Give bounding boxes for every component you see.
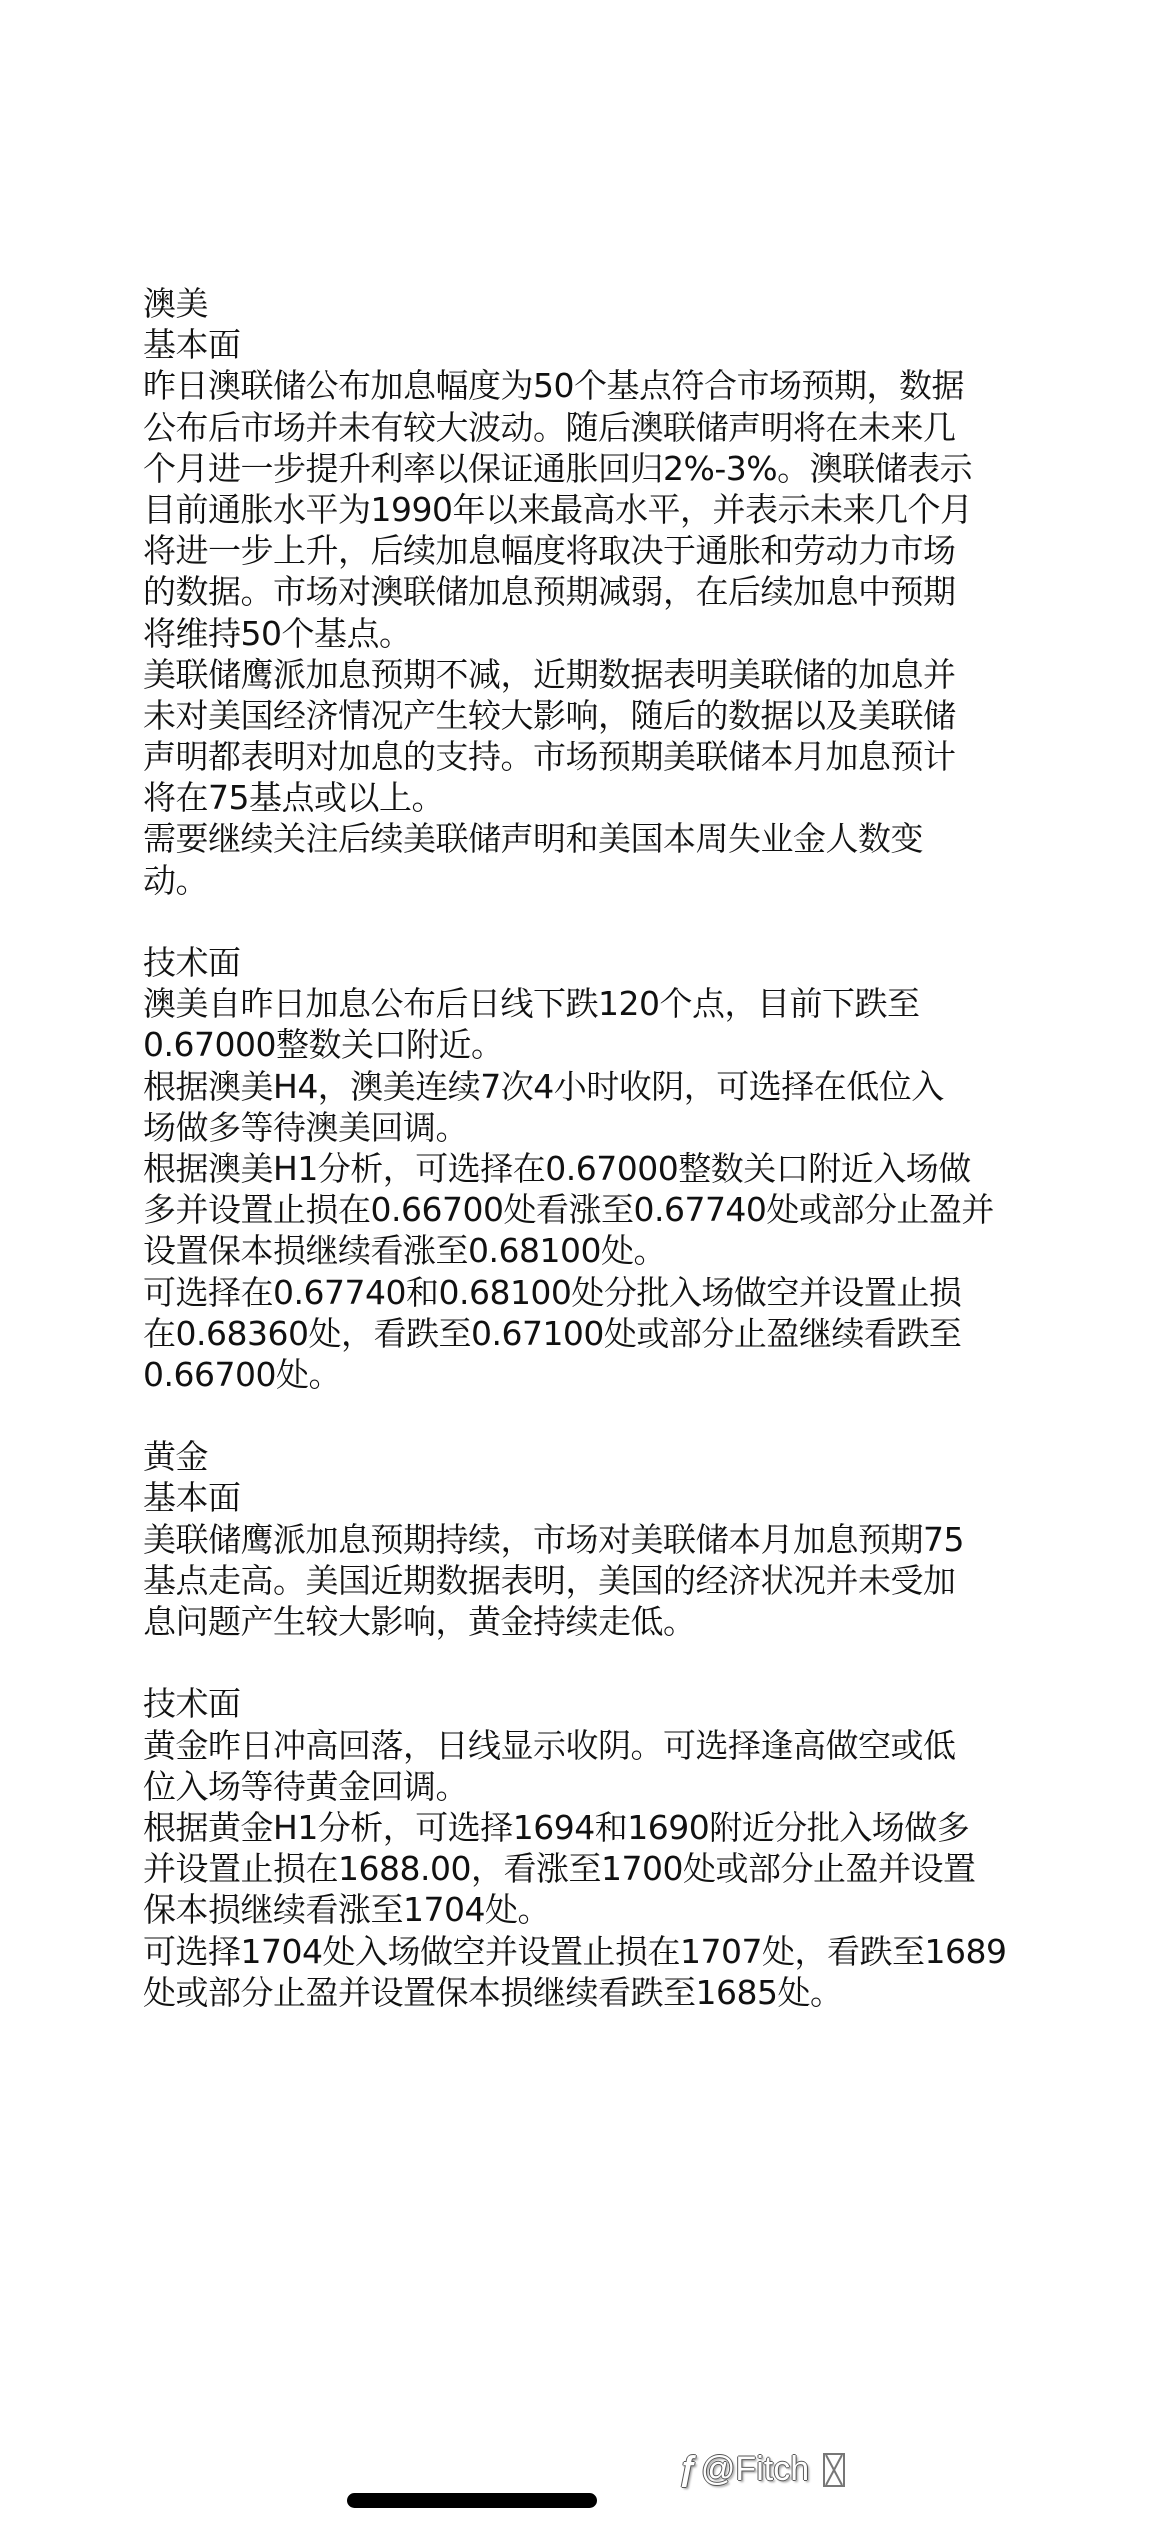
section-title: 黄金 [143, 1436, 1043, 1477]
home-indicator[interactable] [347, 2493, 597, 2508]
text-line: 根据澳美H4，澳美连续7次4小时收阴，可选择在低位入 [143, 1066, 1043, 1107]
subsection-heading-fundamental: 基本面 [143, 324, 1043, 365]
text-line: 目前通胀水平为1990年以来最高水平，并表示未来几个月 [143, 489, 1043, 530]
text-line: 公布后市场并未有较大波动。随后澳联储声明将在未来几 [143, 407, 1043, 448]
text-line: 保本损继续看涨至1704处。 [143, 1889, 1043, 1930]
text-line: 将维持50个基点。 [143, 613, 1043, 654]
section-title: 澳美 [143, 283, 1043, 324]
text-line: 息问题产生较大影响，黄金持续走低。 [143, 1601, 1043, 1642]
document-body: 澳美 基本面 昨日澳联储公布加息幅度为50个基点符合市场预期，数据 公布后市场并… [143, 283, 1043, 2013]
text-line: 可选择在0.67740和0.68100处分批入场做空并设置止损 [143, 1272, 1043, 1313]
text-line: 未对美国经济情况产生较大影响，随后的数据以及美联储 [143, 695, 1043, 736]
text-line: 根据澳美H1分析，可选择在0.67000整数关口附近入场做 [143, 1148, 1043, 1189]
text-line: 美联储鹰派加息预期持续，市场对美联储本月加息预期75 [143, 1519, 1043, 1560]
text-line: 动。 [143, 860, 1043, 901]
text-line: 将在75基点或以上。 [143, 777, 1043, 818]
text-line: 位入场等待黄金回调。 [143, 1766, 1043, 1807]
missing-glyph-icon [823, 2453, 845, 2487]
text-line: 0.67000整数关口附近。 [143, 1024, 1043, 1065]
text-line: 黄金昨日冲高回落，日线显示收阴。可选择逢高做空或低 [143, 1725, 1043, 1766]
text-line: 处或部分止盈并设置保本损继续看跌至1685处。 [143, 1972, 1043, 2013]
text-line: 昨日澳联储公布加息幅度为50个基点符合市场预期，数据 [143, 365, 1043, 406]
text-line: 并设置止损在1688.00，看涨至1700处或部分止盈并设置 [143, 1848, 1043, 1889]
text-line: 个月进一步提升利率以保证通胀回归2%-3%。澳联储表示 [143, 448, 1043, 489]
text-line: 将进一步上升，后续加息幅度将取决于通胀和劳动力市场 [143, 530, 1043, 571]
text-line: 声明都表明对加息的支持。市场预期美联储本月加息预计 [143, 736, 1043, 777]
text-line: 根据黄金H1分析，可选择1694和1690附近分批入场做多 [143, 1807, 1043, 1848]
text-line: 需要继续关注后续美联储声明和美国本周失业金人数变 [143, 818, 1043, 859]
text-line: 可选择1704处入场做空并设置止损在1707处，看跌至1689 [143, 1931, 1043, 1972]
zhihu-logo-icon: ƒ [678, 2450, 697, 2489]
subsection-heading-fundamental: 基本面 [143, 1477, 1043, 1518]
text-line: 在0.68360处，看跌至0.67100处或部分止盈继续看跌至 [143, 1313, 1043, 1354]
subsection-heading-technical: 技术面 [143, 1683, 1043, 1724]
watermark: ƒ @Fitch [678, 2450, 845, 2489]
subsection-heading-technical: 技术面 [143, 942, 1043, 983]
section-gold: 黄金 基本面 美联储鹰派加息预期持续，市场对美联储本月加息预期75 基点走高。美… [143, 1436, 1043, 2013]
text-line: 0.66700处。 [143, 1354, 1043, 1395]
text-line: 的数据。市场对澳联储加息预期减弱，在后续加息中预期 [143, 571, 1043, 612]
text-line: 基点走高。美国近期数据表明，美国的经济状况并未受加 [143, 1560, 1043, 1601]
text-line: 场做多等待澳美回调。 [143, 1107, 1043, 1148]
spacer [143, 1642, 1043, 1683]
text-line: 美联储鹰派加息预期不减，近期数据表明美联储的加息并 [143, 654, 1043, 695]
spacer [143, 1395, 1043, 1436]
watermark-text: @Fitch [701, 2450, 809, 2489]
text-line: 澳美自昨日加息公布后日线下跌120个点，目前下跌至 [143, 983, 1043, 1024]
spacer [143, 901, 1043, 942]
section-aud-usd: 澳美 基本面 昨日澳联储公布加息幅度为50个基点符合市场预期，数据 公布后市场并… [143, 283, 1043, 1436]
text-line: 设置保本损继续看涨至0.68100处。 [143, 1230, 1043, 1271]
text-line: 多并设置止损在0.66700处看涨至0.67740处或部分止盈并 [143, 1189, 1043, 1230]
